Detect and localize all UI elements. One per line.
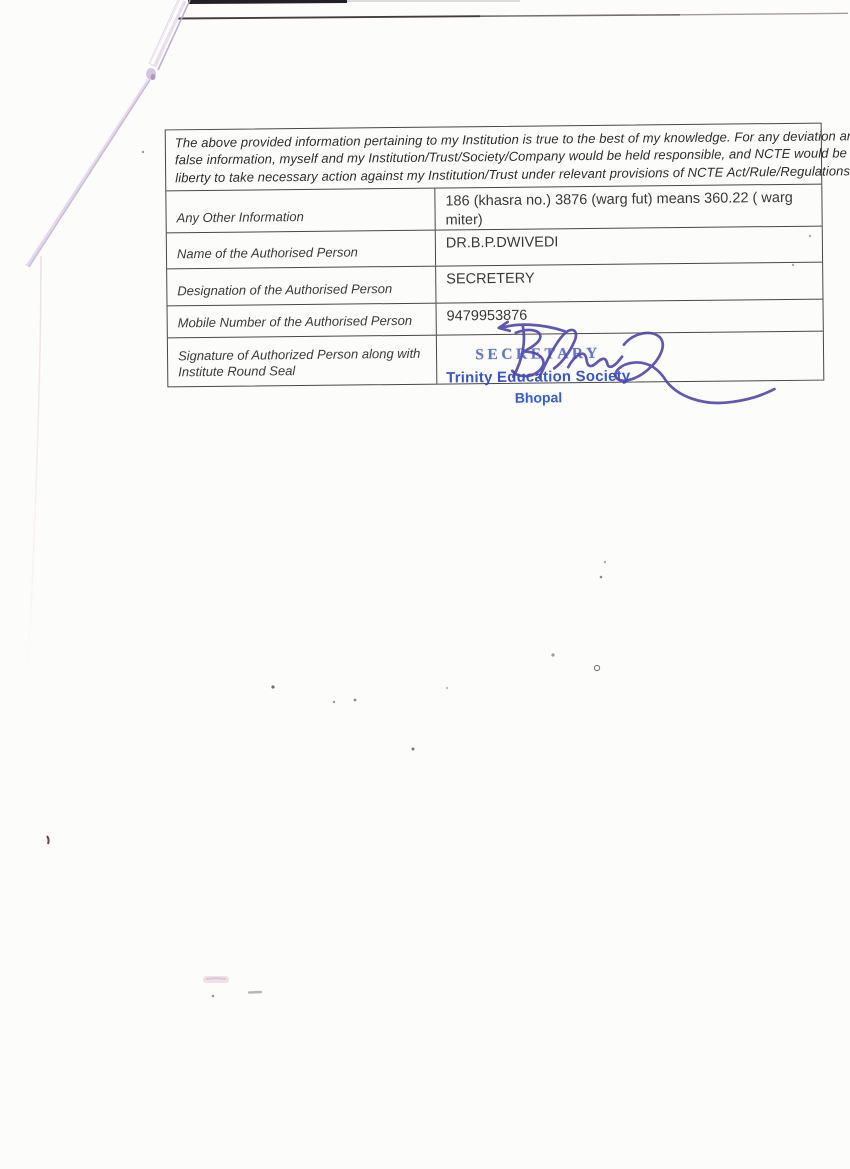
field-value-text: DR.B.P.DWIVEDI <box>446 234 559 251</box>
table-row-signature-round-seal: Signature of Authorized Person along wit… <box>168 331 823 386</box>
scanned-page: The above provided information pertainin… <box>0 0 850 1169</box>
field-value: 9479953876 <box>437 299 823 335</box>
field-label: Name of the Authorised Person <box>167 230 436 268</box>
field-label-text: Designation of the Authorised Person <box>177 281 392 299</box>
table-row-any-other-information: Any Other Information 186 (khasra no.) 3… <box>166 184 821 232</box>
field-value: 186 (khasra no.) 3876 (warg fut) means 3… <box>435 185 821 230</box>
table-row-name-of-authorised-person: Name of the Authorised Person DR.B.P.DWI… <box>167 225 822 268</box>
table-row-mobile-number: Mobile Number of the Authorised Person 9… <box>168 298 823 337</box>
field-label-text: Name of the Authorised Person <box>177 244 358 262</box>
field-value-text: 9479953876 <box>447 307 528 324</box>
field-value: SECRETERY <box>436 263 822 303</box>
field-value-signature-area <box>437 332 823 384</box>
declaration-box: The above provided information pertainin… <box>166 124 822 191</box>
field-label-text: Any Other Information <box>177 208 304 225</box>
field-value-text: 186 (khasra no.) 3876 (warg fut) means 3… <box>445 190 793 229</box>
field-label: Designation of the Authorised Person <box>167 267 436 305</box>
field-value-text: SECRETERY <box>446 271 535 288</box>
field-label-text: Signature of Authorized Person along wit… <box>178 345 430 380</box>
field-label: Mobile Number of the Authorised Person <box>168 303 437 337</box>
field-label: Signature of Authorized Person along wit… <box>168 336 437 386</box>
field-value: DR.B.P.DWIVEDI <box>436 226 822 266</box>
fold-crease-artifact <box>26 0 190 680</box>
page-edge-lines <box>177 1 848 19</box>
table-row-designation-of-authorised-person: Designation of the Authorised Person SEC… <box>167 262 822 305</box>
declaration-form-table: The above provided information pertainin… <box>165 123 825 387</box>
field-label-text: Mobile Number of the Authorised Person <box>178 313 413 331</box>
field-label: Any Other Information <box>166 189 435 232</box>
